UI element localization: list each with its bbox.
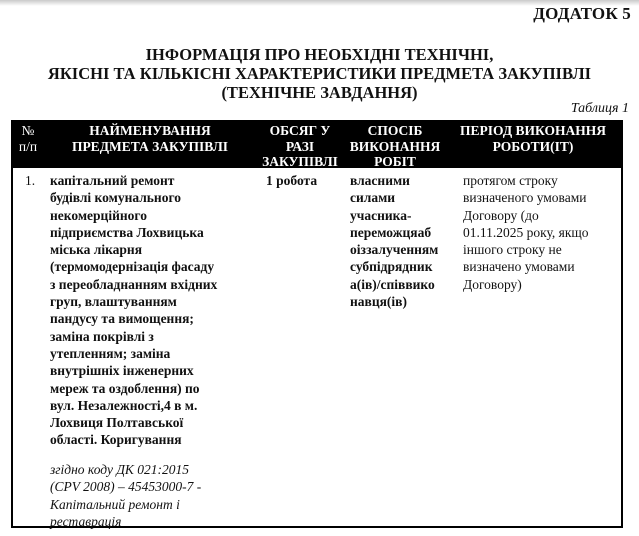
cell-line: реставрація <box>50 513 240 530</box>
cell-line: (CPV 2008) – 45453000-7 - <box>50 478 240 495</box>
cell-line: утепленням; заміна <box>50 345 250 362</box>
cell-line: іншого строку не <box>463 241 628 258</box>
item-name: капітальний ремонтбудівлі комунальногоне… <box>50 172 250 449</box>
cell-line: власними <box>350 172 450 189</box>
header-text: ПЕРІОД ВИКОНАННЯ <box>445 123 621 139</box>
cell-line: учасника- <box>350 207 450 224</box>
header-name: НАЙМЕНУВАННЯ ПРЕДМЕТА ЗАКУПІВЛІ <box>45 123 255 154</box>
cell-line: капітальний ремонт <box>50 172 250 189</box>
item-method: власнимисиламиучасника-переможцяабоіззал… <box>350 172 450 310</box>
item-quantity: 1 робота <box>266 172 317 189</box>
cell-line: 01.11.2025 року, якщо <box>463 224 628 241</box>
header-text: РОБОТИ(ІТ) <box>445 139 621 155</box>
header-period: ПЕРІОД ВИКОНАННЯ РОБОТИ(ІТ) <box>445 123 621 154</box>
cell-line: субпідрядник <box>350 258 450 275</box>
item-period: протягом строкувизначеного умовамиДогово… <box>463 172 628 293</box>
cell-line: з переобладнанням вхідних <box>50 276 250 293</box>
cell-line: пандусу та вимощення; <box>50 310 250 327</box>
cell-line: заміна покрівлі з <box>50 328 250 345</box>
appendix-label: ДОДАТОК 5 <box>533 4 631 24</box>
table-label: Таблиця 1 <box>571 101 629 117</box>
cell-line: підприємства Лохвицька <box>50 224 250 241</box>
cell-line: навця(ів) <box>350 293 450 310</box>
cell-line: визначено умовами <box>463 258 628 275</box>
cell-line: переможцяаб <box>350 224 450 241</box>
header-number: № п/п <box>11 123 45 154</box>
table-header: № п/п НАЙМЕНУВАННЯ ПРЕДМЕТА ЗАКУПІВЛІ ОБ… <box>11 120 623 168</box>
header-text: ВИКОНАННЯ <box>345 139 445 155</box>
title-line: (ТЕХНІЧНЕ ЗАВДАННЯ) <box>0 83 639 102</box>
header-text: НАЙМЕНУВАННЯ <box>45 123 255 139</box>
header-text: ОБСЯГ У <box>255 123 345 139</box>
cell-line: згідно коду ДК 021:2015 <box>50 461 240 478</box>
header-text: № <box>11 123 45 139</box>
cell-line: області. Коригування <box>50 431 250 448</box>
cell-line: визначеного умовами <box>463 189 628 206</box>
document-title: ІНФОРМАЦІЯ ПРО НЕОБХІДНІ ТЕХНІЧНІ, ЯКІСН… <box>0 45 639 102</box>
cell-line: Договору (до <box>463 207 628 224</box>
cell-line: Лохвиця Полтавської <box>50 414 250 431</box>
cell-line: протягом строку <box>463 172 628 189</box>
header-text: РАЗІ <box>255 139 345 155</box>
row-number: 1. <box>25 172 35 189</box>
title-line: ІНФОРМАЦІЯ ПРО НЕОБХІДНІ ТЕХНІЧНІ, <box>0 45 639 64</box>
header-quantity: ОБСЯГ У РАЗІ ЗАКУПІВЛІ <box>255 123 345 170</box>
cell-line: будівлі комунального <box>50 189 250 206</box>
header-text: ЗАКУПІВЛІ <box>255 154 345 170</box>
cell-line: оіззалученням <box>350 241 450 258</box>
header-text: п/п <box>11 139 45 155</box>
cell-line: силами <box>350 189 450 206</box>
cell-line: Капітальний ремонт і <box>50 496 240 513</box>
cell-line: міська лікарня <box>50 241 250 258</box>
header-text: СПОСІБ <box>345 123 445 139</box>
cell-line: некомерційного <box>50 207 250 224</box>
header-text: ПРЕДМЕТА ЗАКУПІВЛІ <box>45 139 255 155</box>
cell-line: мереж та оздоблення) по <box>50 380 250 397</box>
cell-line: внутрішніх інженерних <box>50 362 250 379</box>
cell-line: (термомодернізація фасаду <box>50 258 250 275</box>
cell-line: а(ів)/співвико <box>350 276 450 293</box>
title-line: ЯКІСНІ ТА КІЛЬКІСНІ ХАРАКТЕРИСТИКИ ПРЕДМ… <box>0 64 639 83</box>
cell-line: вул. Незалежності,4 в м. <box>50 397 250 414</box>
cell-line: груп, влаштуванням <box>50 293 250 310</box>
spec-table: № п/п НАЙМЕНУВАННЯ ПРЕДМЕТА ЗАКУПІВЛІ ОБ… <box>11 120 623 528</box>
cell-line: Договору) <box>463 276 628 293</box>
item-code: згідно коду ДК 021:2015(CPV 2008) – 4545… <box>50 461 240 530</box>
header-method: СПОСІБ ВИКОНАННЯ РОБІТ <box>345 123 445 170</box>
header-text: РОБІТ <box>345 154 445 170</box>
